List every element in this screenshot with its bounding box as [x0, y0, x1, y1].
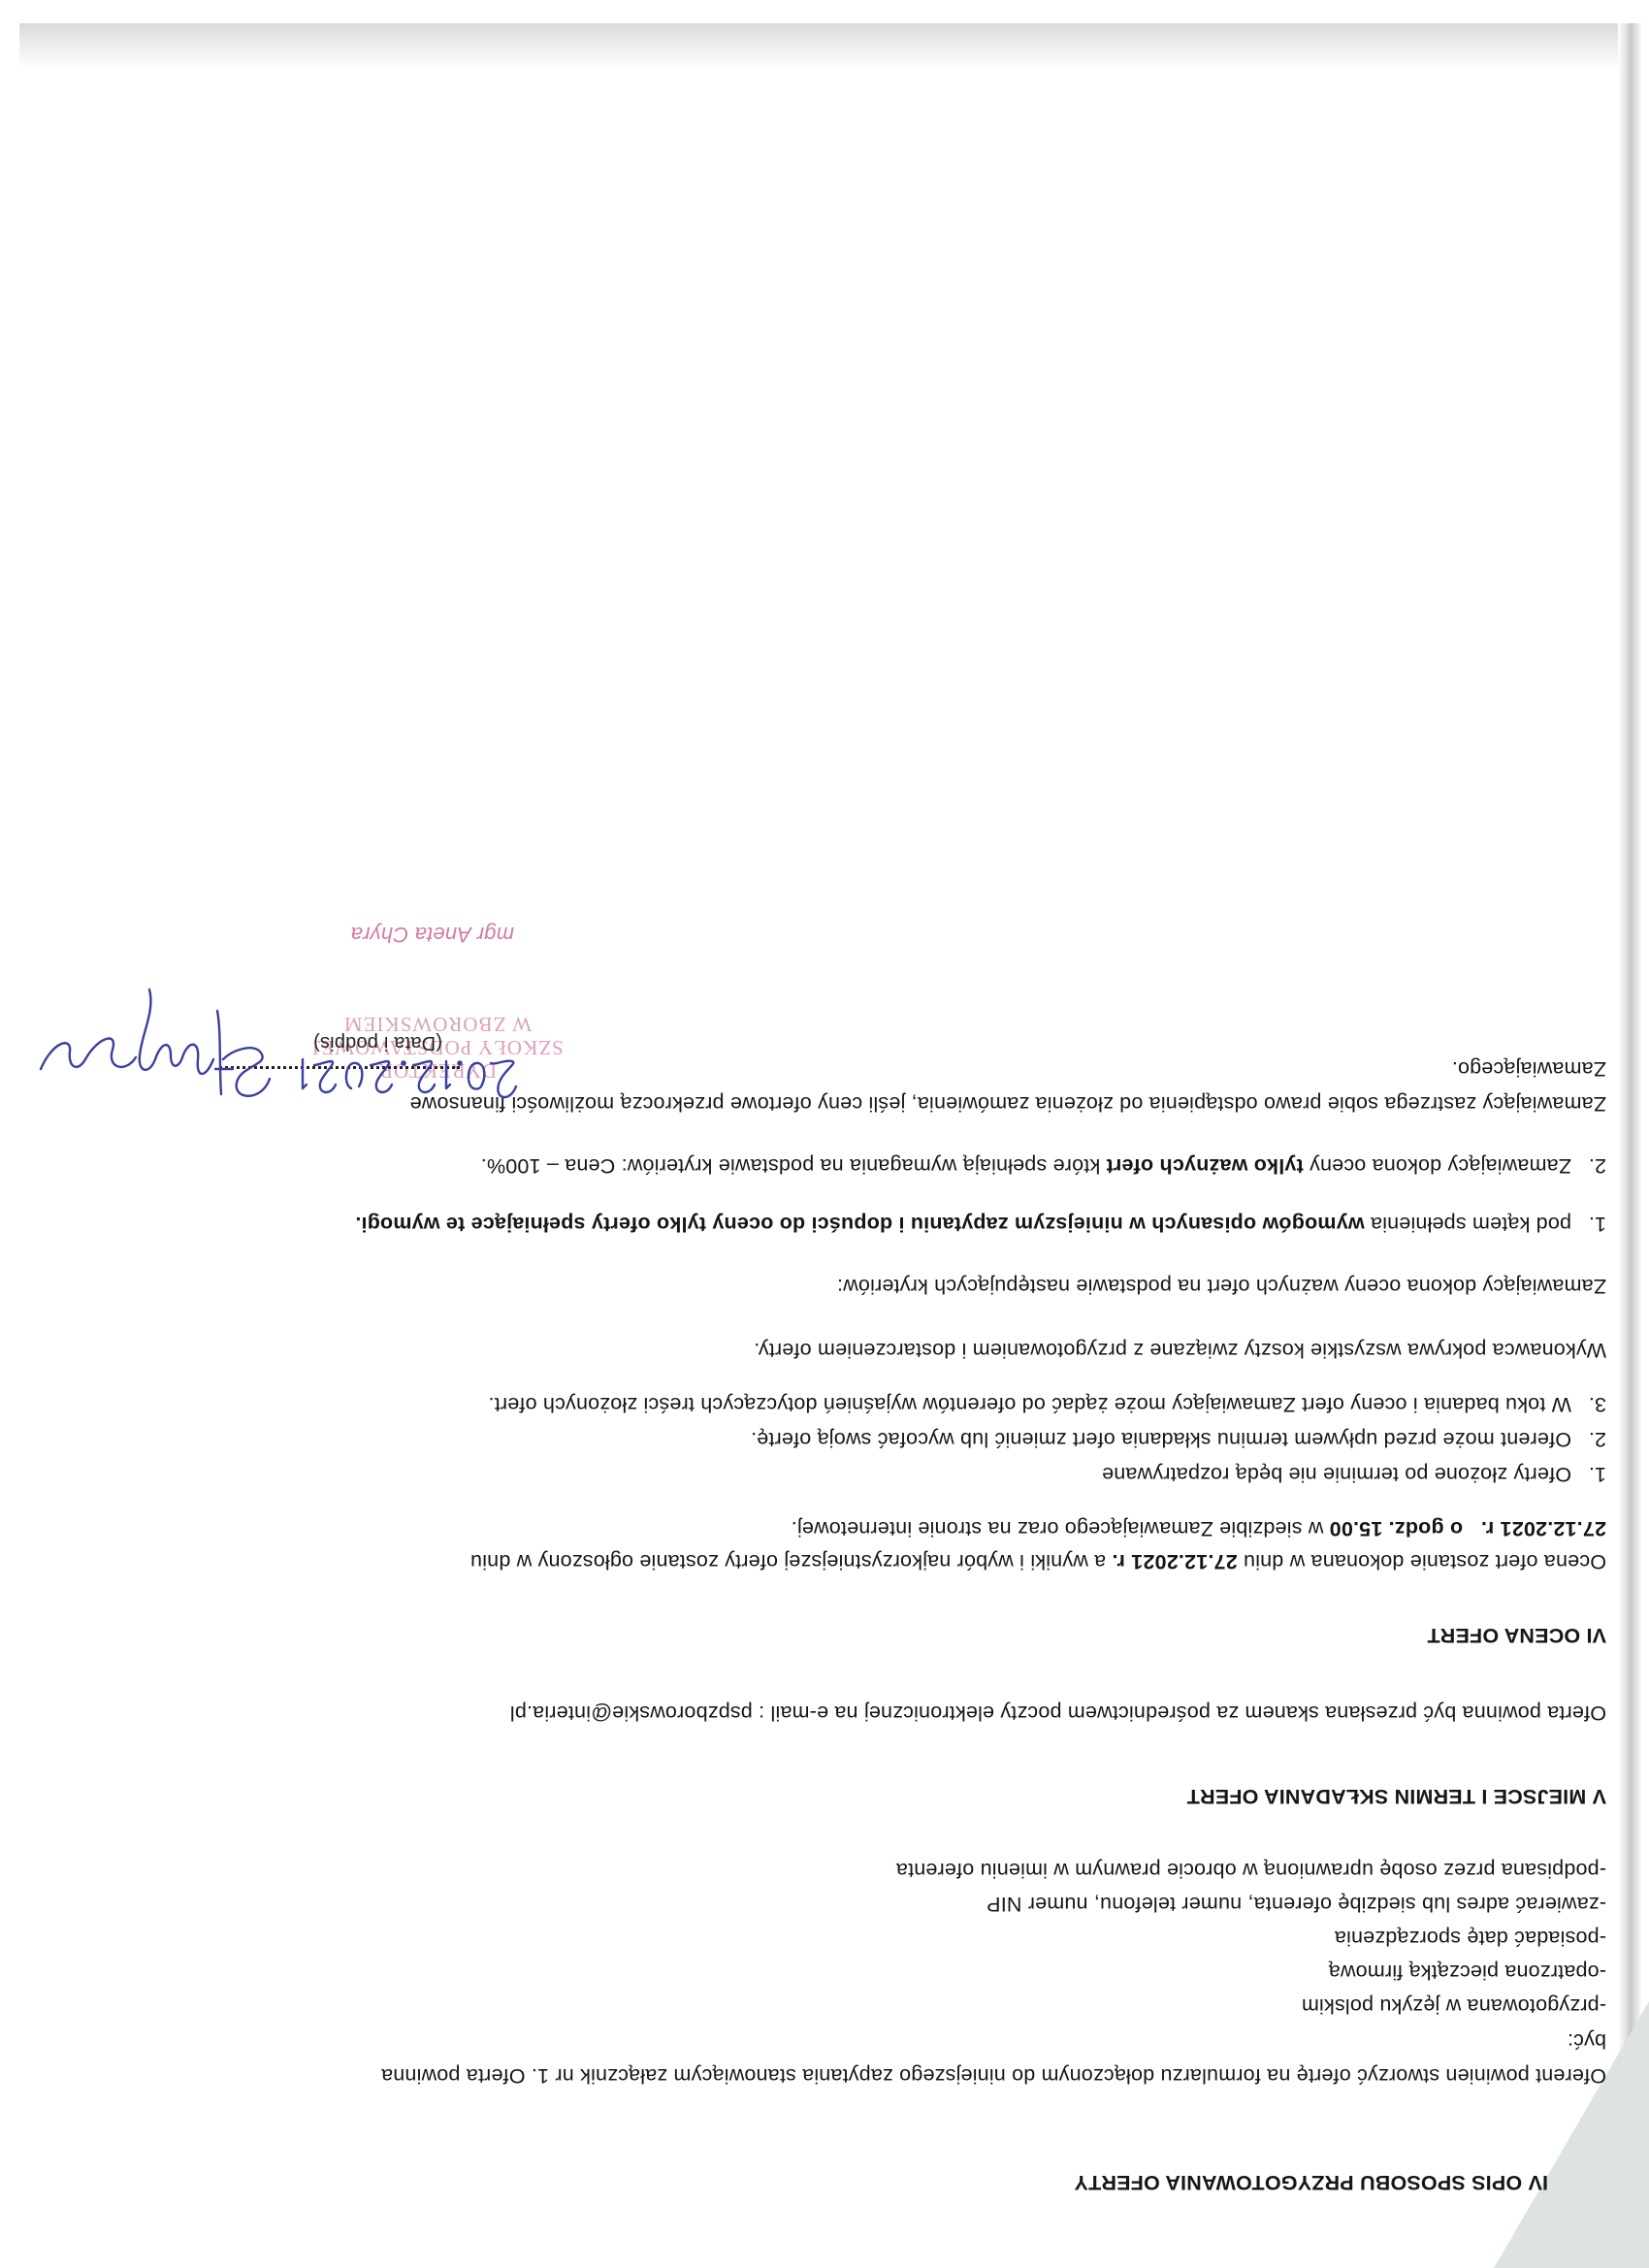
evaluation-line-1: Ocena ofert zostanie dokonana w dniu 27.…	[470, 1549, 1606, 1573]
rule-text: W toku badania i oceny ofert Zamawiający…	[488, 1393, 1571, 1416]
contact-email: pspzborowskie@interia.pl	[510, 1701, 753, 1725]
rule-number: 3.	[1571, 1392, 1606, 1416]
criterion-number: 1.	[1571, 1212, 1606, 1236]
submission-text: Oferta powinna być przesłana skanem za p…	[753, 1701, 1606, 1725]
rule-number: 1.	[1571, 1462, 1606, 1486]
page-edge-shadow	[1618, 23, 1641, 2268]
section-iv-intro-line-2: być:	[1568, 2028, 1606, 2053]
evaluation-text: a wyniki i wybór najkorzystniejszej ofer…	[470, 1550, 1112, 1573]
criterion-emphasis: wymogów opisanych w niniejszym zapytaniu…	[355, 1213, 1364, 1236]
rule-text: Oferty złożone po terminie nie będą rozp…	[1102, 1463, 1571, 1486]
reservation-line-1: Zamawiający zastrzega sobie prawo odstąp…	[409, 1091, 1606, 1116]
stamp-name: mgr Aneta Chyra	[351, 922, 514, 947]
requirement-item: -podpisana przez osobę uprawnioną w obro…	[896, 1858, 1606, 1882]
evaluation-text: Ocena ofert zostanie dokonana w dniu	[1238, 1550, 1606, 1573]
rule-item: 1.Oferty złożone po terminie nie będą ro…	[1102, 1462, 1606, 1486]
section-iv-heading: IV OPIS SPOSOBU PRZYGOTOWANIA OFERTY	[1074, 2170, 1548, 2194]
criterion-item: 2.Zamawiający dokona oceny tylko ważnych…	[481, 1153, 1606, 1178]
announcement-time: o godz. 15.00	[1330, 1517, 1464, 1540]
rule-item: 3.W toku badania i oceny ofert Zamawiają…	[488, 1392, 1606, 1416]
evaluation-date: 27.12.2021 r.	[1112, 1550, 1237, 1573]
section-v-heading: V MIEJSCE I TERMIN SKŁADANIA OFERT	[1187, 1784, 1606, 1808]
criterion-text: pod kątem spełnienia	[1365, 1213, 1571, 1236]
criteria-intro: Zamawiający dokona oceny ważnych ofert n…	[837, 1274, 1606, 1298]
requirement-item: -przygotowana w języku polskim	[1302, 1993, 1606, 2018]
evaluation-line-2: 27.12.2021 r. o godz. 15.00 w siedzibie …	[792, 1516, 1606, 1540]
reservation-line-2: Zamawiającego.	[1452, 1056, 1606, 1081]
requirement-item: -zawierać adres lub siedzibę oferenta, n…	[986, 1892, 1606, 1916]
section-iv-intro-line-1: Oferent powinien stworzyć ofertę na form…	[381, 2063, 1606, 2088]
requirement-item: -posiadać datę sporządzenia	[1335, 1926, 1606, 1950]
rule-text: Oferent może przed upływem terminu skład…	[751, 1428, 1571, 1451]
handwritten-signature	[19, 982, 524, 1108]
evaluation-text: w siedzibie Zamawiającego oraz na stroni…	[792, 1517, 1330, 1540]
criterion-emphasis: tylko ważnych ofert	[1106, 1154, 1303, 1178]
criterion-number: 2.	[1571, 1153, 1606, 1178]
costs-statement: Wykonawca pokrywa wszystkie koszty związ…	[754, 1338, 1606, 1362]
rule-number: 2.	[1571, 1427, 1606, 1451]
announcement-date: 27.12.2021 r.	[1481, 1517, 1606, 1540]
criterion-text: Zamawiający dokona oceny	[1304, 1154, 1571, 1178]
requirement-item: -opatrzona pieczątką firmową	[1329, 1960, 1606, 1984]
submission-instructions: Oferta powinna być przesłana skanem za p…	[510, 1701, 1606, 1725]
rule-item: 2.Oferent może przed upływem terminu skł…	[751, 1427, 1606, 1451]
scanned-page: IV OPIS SPOSOBU PRZYGOTOWANIA OFERTY Ofe…	[0, 0, 1649, 2268]
criterion-item: 1.pod kątem spełnienia wymogów opisanych…	[355, 1212, 1606, 1236]
criterion-text: które spełniają wymagania na podstawie k…	[481, 1154, 1107, 1178]
scanner-shadow	[19, 23, 1630, 70]
section-vi-heading: VI OCENA OFERT	[1427, 1623, 1606, 1647]
